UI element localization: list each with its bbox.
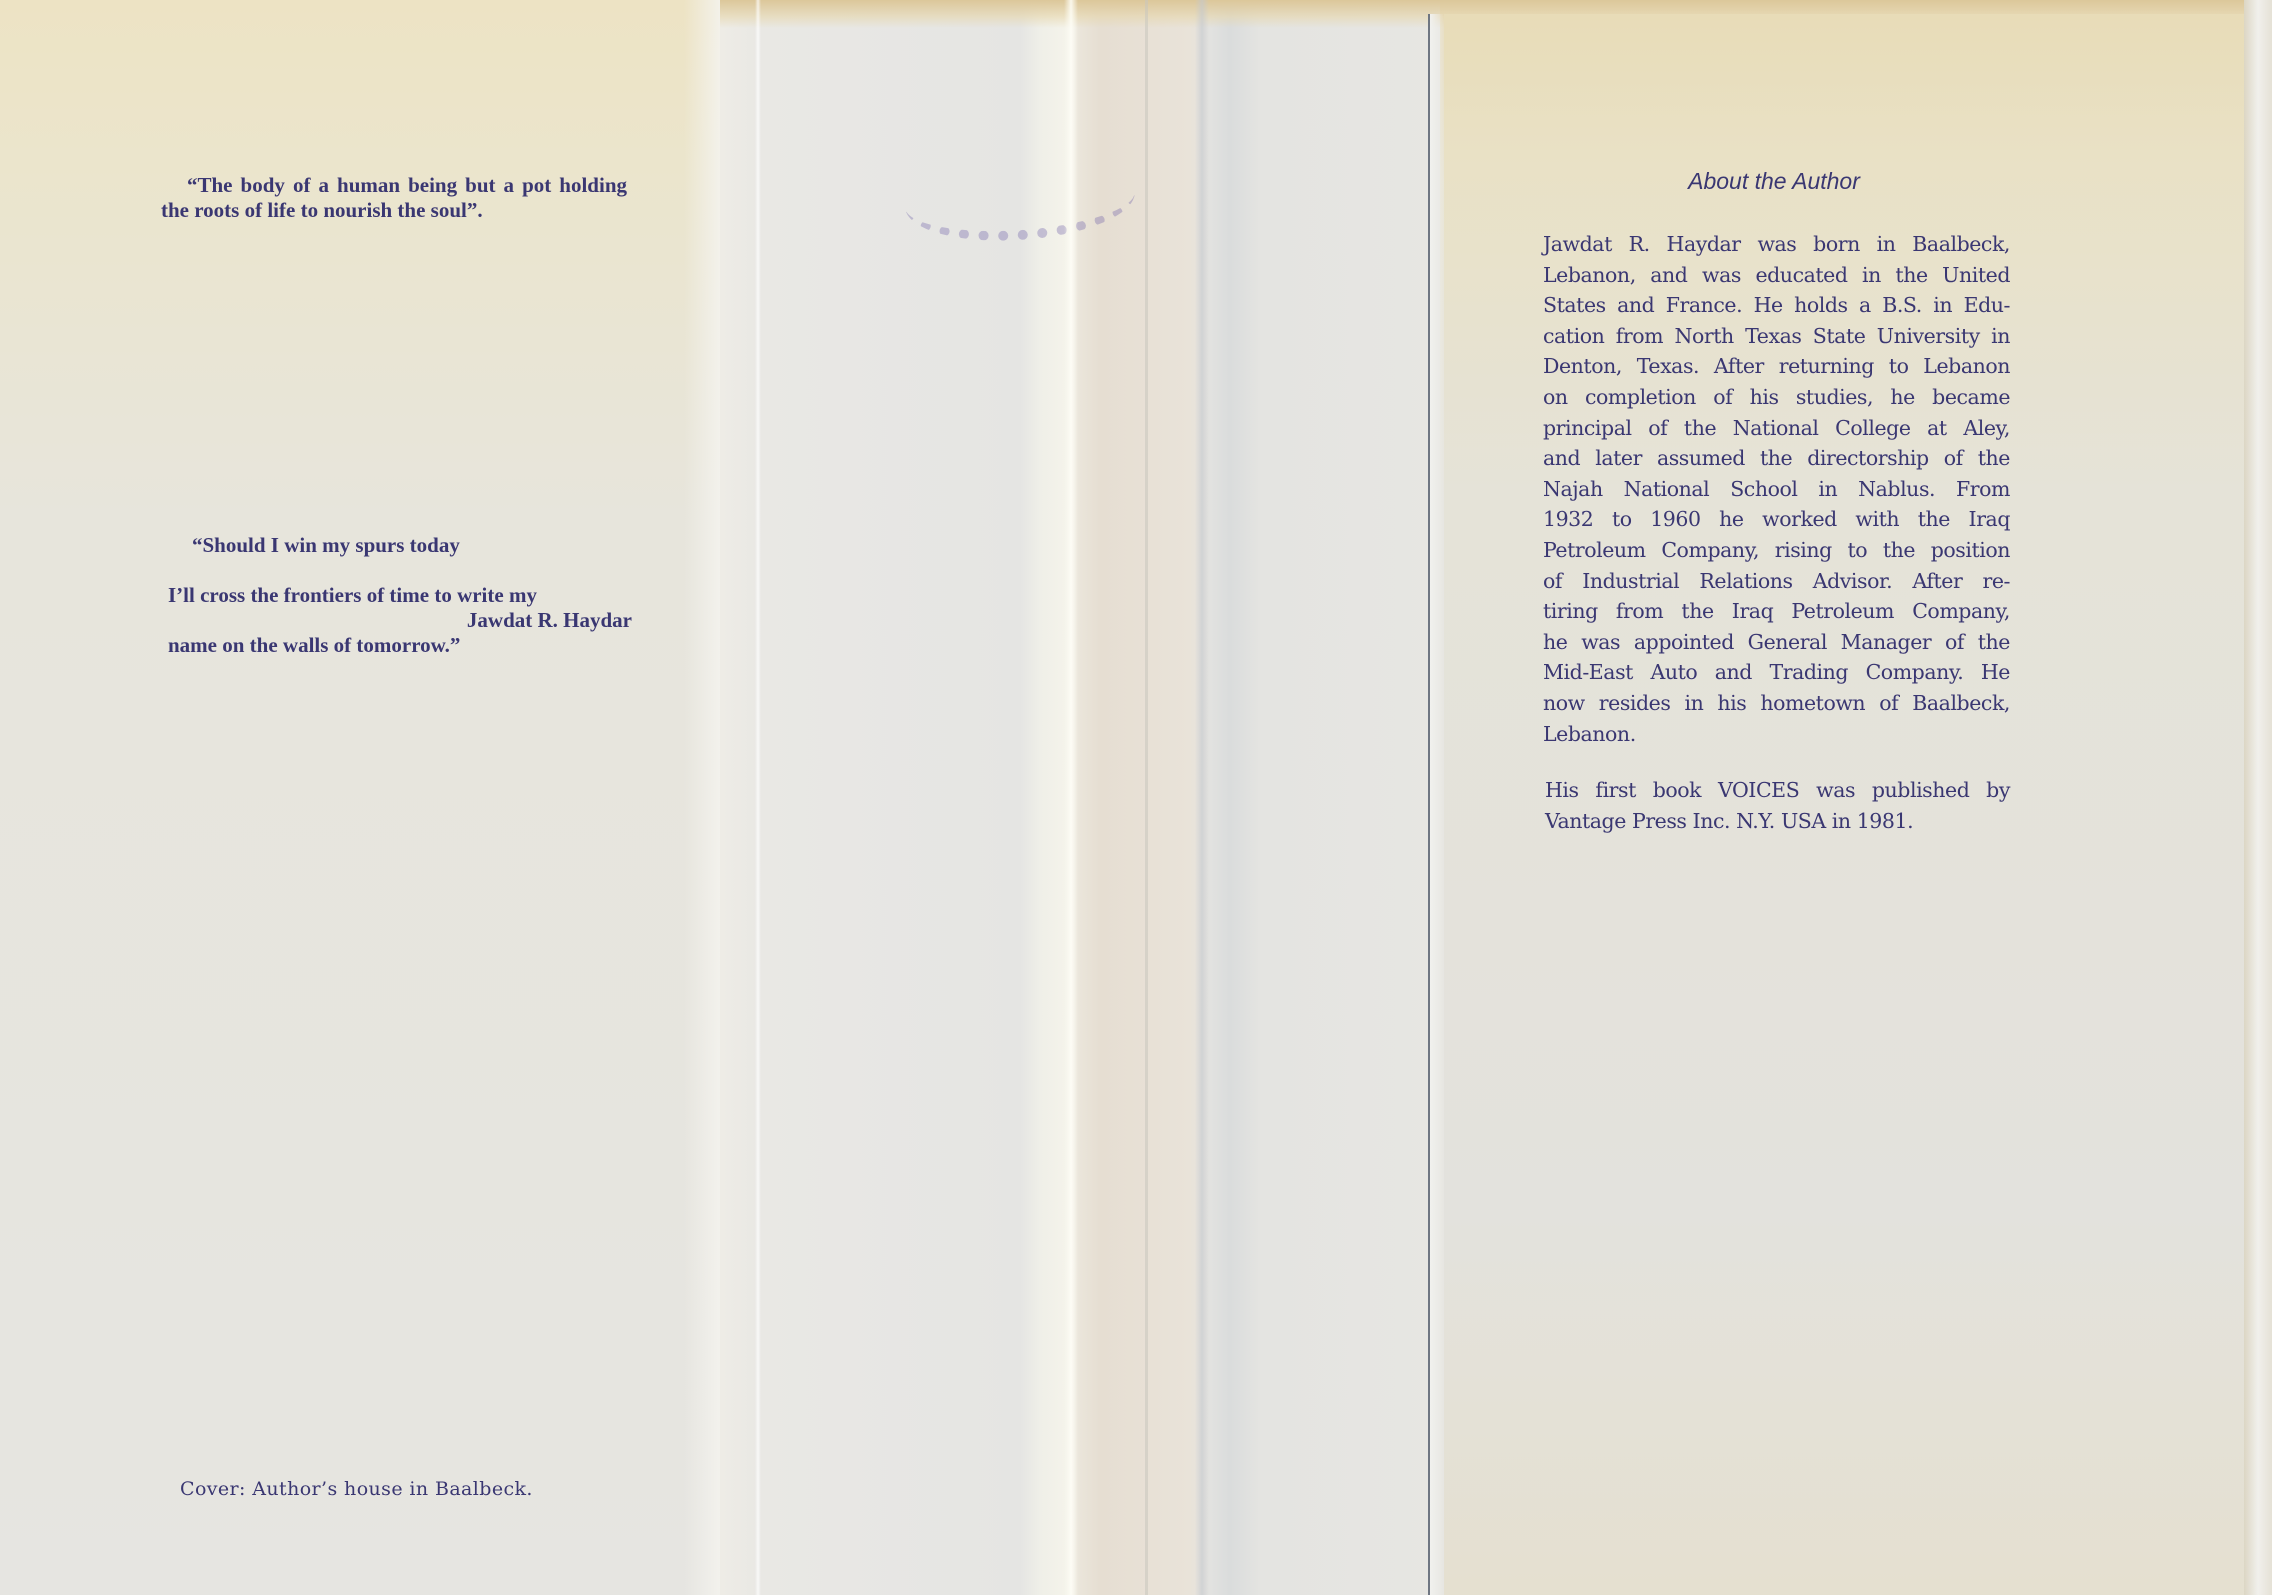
bio-line: and later assumed the directorship of th…: [1543, 443, 2010, 474]
bio-line: States and France. He holds a B.S. in Ed…: [1543, 290, 2010, 321]
bio-line: he was appointed General Manager of the: [1543, 627, 2010, 658]
bio-line: now resides in his hometown of Baalbeck,: [1543, 688, 2010, 719]
spine-fold-area: [720, 0, 1440, 1595]
bio-line: cation from North Texas State University…: [1543, 321, 2010, 352]
right-edge: [2244, 0, 2272, 1595]
epigraph-quote: “The body of a human being but a pot hol…: [161, 173, 627, 223]
poem-line: name on the walls of tomorrow.”: [168, 633, 633, 658]
poem-line: “Should I win my spurs today: [168, 533, 633, 558]
author-bio: Jawdat R. Haydar was born in Baalbeck, L…: [1543, 229, 2010, 749]
note-line: His first book VOICES was published by: [1545, 775, 2010, 806]
bio-line: principal of the National College at Ale…: [1543, 413, 2010, 444]
publication-note: His first book VOICES was published by V…: [1545, 775, 2010, 836]
about-author-heading: About the Author: [1578, 168, 1970, 195]
note-line: Vantage Press Inc. N.Y. USA in 1981.: [1545, 806, 2010, 837]
bio-line: tiring from the Iraq Petroleum Company,: [1543, 596, 2010, 627]
poem-line: I’ll cross the frontiers of time to writ…: [168, 583, 633, 608]
bio-line: Denton, Texas. After returning to Lebano…: [1543, 351, 2010, 382]
bio-line: 1932 to 1960 he worked with the Iraq: [1543, 504, 2010, 535]
back-cover-panel: “The body of a human being but a pot hol…: [0, 0, 720, 1595]
bio-line: on completion of his studies, he became: [1543, 382, 2010, 413]
bio-line: Petroleum Company, rising to the positio…: [1543, 535, 2010, 566]
cover-caption: Cover: Author’s house in Baalbeck.: [180, 1478, 533, 1500]
quote-attribution: Jawdat R. Haydar: [400, 608, 632, 633]
poem-quote: “Should I win my spurs today I’ll cross …: [168, 508, 633, 683]
bio-line: Mid-East Auto and Trading Company. He: [1543, 657, 2010, 688]
bio-line: Lebanon.: [1543, 719, 2010, 750]
flap-edge-highlight: [1430, 14, 1444, 1595]
bio-line: Lebanon, and was educated in the United: [1543, 260, 2010, 291]
bio-line: Jawdat R. Haydar was born in Baalbeck,: [1543, 229, 2010, 260]
bio-line: of Industrial Relations Advisor. After r…: [1543, 566, 2010, 597]
bio-line: Najah National School in Nablus. From: [1543, 474, 2010, 505]
